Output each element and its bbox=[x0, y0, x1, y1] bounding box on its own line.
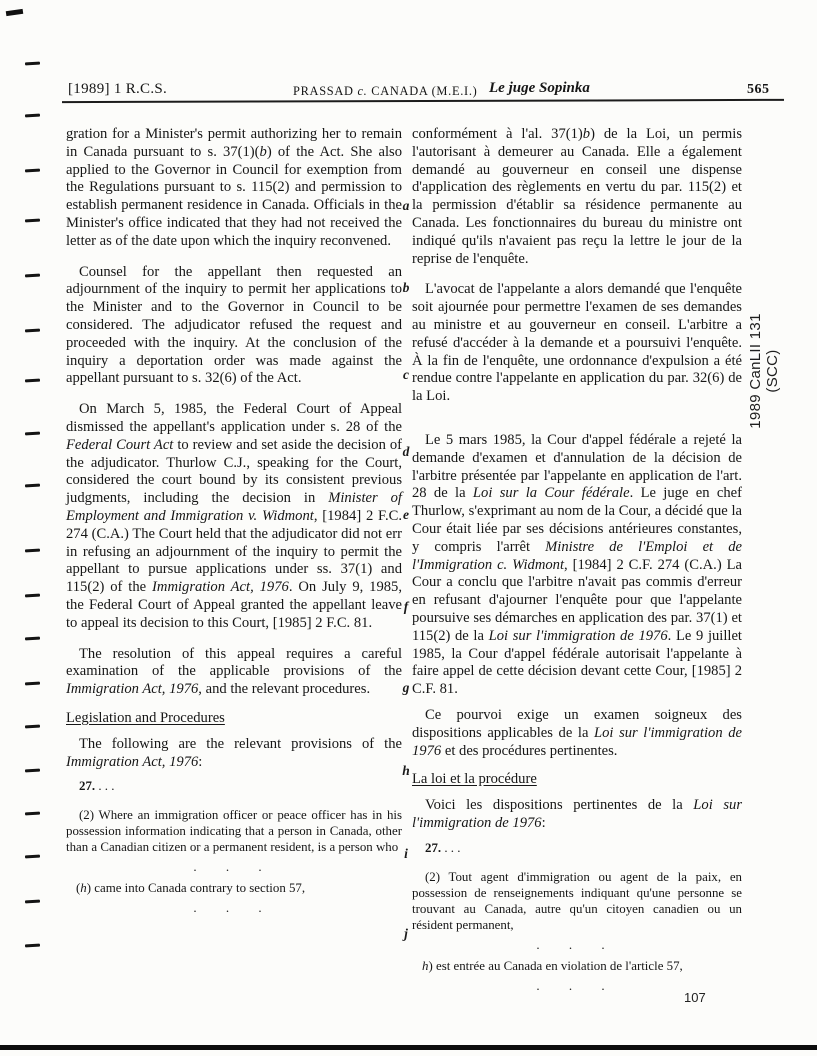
text-run: c. bbox=[357, 84, 367, 98]
margin-letter-b: b bbox=[398, 280, 414, 296]
section-heading-french: La loi et la procédure bbox=[412, 771, 742, 789]
text-run: CANADA (M.E.I.) bbox=[367, 84, 477, 98]
scan-mark bbox=[25, 769, 40, 773]
scan-mark bbox=[25, 219, 40, 223]
text-run: (2) Where an immigration officer or peac… bbox=[66, 808, 402, 854]
scan-mark bbox=[25, 725, 40, 729]
margin-letter-g: g bbox=[398, 680, 414, 696]
text-run: Immigration Act, 1976 bbox=[66, 754, 198, 770]
section-heading-english: Legislation and Procedures bbox=[66, 710, 402, 728]
french-column: conformément à l'al. 37(1)b) de la Loi, … bbox=[412, 126, 742, 994]
scan-mark bbox=[25, 812, 40, 816]
paragraph: Le 5 mars 1985, la Cour d'appel fédérale… bbox=[412, 432, 742, 699]
statute-paragraph-h: (h) came into Canada contrary to section… bbox=[66, 880, 402, 896]
text-run: (2) Tout agent d'immigration ou agent de… bbox=[412, 870, 742, 932]
scan-mark bbox=[25, 379, 40, 383]
statute-subsection-2: (2) Tout agent d'immigration ou agent de… bbox=[412, 869, 742, 933]
statute-paragraph-h: h) est entrée au Canada en violation de … bbox=[412, 958, 742, 974]
scan-mark bbox=[25, 432, 40, 436]
margin-letter-f: f bbox=[398, 599, 414, 615]
text-run: b bbox=[583, 126, 590, 142]
paragraph: The following are the relevant provision… bbox=[66, 736, 402, 772]
text-run: Loi sur la Cour fédérale bbox=[473, 485, 630, 501]
text-run: Immigration Act, 1976 bbox=[152, 579, 289, 595]
text-run: conformément à l'al. 37(1) bbox=[412, 126, 583, 142]
text-run: ) est entrée au Canada en violation de l… bbox=[428, 959, 682, 973]
statute-subsection-2: (2) Where an immigration officer or peac… bbox=[66, 807, 402, 855]
scan-mark bbox=[25, 549, 40, 553]
ellipsis-dots: . . . bbox=[66, 900, 402, 916]
text-run: Voici les dispositions pertinentes de la bbox=[425, 797, 693, 813]
paragraph: gration for a Minister's permit authoriz… bbox=[66, 126, 402, 251]
text-run: . . . bbox=[441, 841, 460, 855]
paragraph: Ce pourvoi exige un examen soigneux des … bbox=[412, 707, 742, 760]
scan-mark bbox=[25, 594, 40, 598]
case-name: PRASSAD c. CANADA (M.E.I.) bbox=[293, 84, 477, 99]
report-citation: [1989] 1 R.C.S. bbox=[68, 81, 167, 98]
text-run: Counsel for the appellant then requested… bbox=[66, 264, 402, 387]
text-run: The resolution of this appeal requires a… bbox=[66, 646, 402, 680]
text-run: Immigration Act, 1976 bbox=[66, 681, 198, 697]
scan-mark bbox=[25, 900, 40, 904]
header-rule bbox=[62, 99, 784, 103]
paragraph: L'avocat de l'appelante a alors demandé … bbox=[412, 281, 742, 406]
text-run: L'avocat de l'appelante a alors demandé … bbox=[412, 281, 742, 404]
paragraph: Voici les dispositions pertinentes de la… bbox=[412, 797, 742, 833]
margin-letter-c: c bbox=[398, 367, 414, 383]
scan-mark bbox=[25, 682, 40, 686]
scan-mark bbox=[25, 637, 40, 641]
text-run: et des procédures pertinentes. bbox=[441, 743, 617, 759]
page-bottom-edge bbox=[0, 1045, 817, 1050]
margin-letter-j: j bbox=[398, 926, 414, 942]
text-run: PRASSAD bbox=[293, 84, 357, 98]
scan-mark bbox=[25, 62, 40, 66]
scan-mark bbox=[25, 855, 40, 859]
paragraph: conformément à l'al. 37(1)b) de la Loi, … bbox=[412, 126, 742, 268]
judge-name: Le juge Sopinka bbox=[489, 80, 590, 97]
scan-mark bbox=[25, 944, 40, 948]
margin-letter-i: i bbox=[398, 846, 414, 862]
margin-letter-d: d bbox=[398, 444, 414, 460]
scan-mark bbox=[25, 484, 40, 488]
canlii-watermark: 1989 CanLII 131 (SCC) bbox=[747, 291, 781, 451]
text-run: , and the relevant procedures. bbox=[198, 681, 370, 697]
paragraph: The resolution of this appeal requires a… bbox=[66, 646, 402, 699]
english-column: gration for a Minister's permit authoriz… bbox=[66, 126, 402, 916]
folio-page-number: 107 bbox=[684, 990, 706, 1005]
page-number: 565 bbox=[747, 82, 770, 98]
scan-mark bbox=[25, 114, 40, 118]
text-run: : bbox=[198, 754, 202, 770]
scan-mark bbox=[25, 329, 40, 333]
scanned-page: [1989] 1 R.C.S. PRASSAD c. CANADA (M.E.I… bbox=[0, 0, 817, 1056]
text-run: On March 5, 1985, the Federal Court of A… bbox=[66, 401, 402, 435]
text-run: Loi sur l'immigration de 1976 bbox=[489, 628, 668, 644]
text-run: : bbox=[542, 815, 546, 831]
statute-section-27: 27. . . . bbox=[66, 778, 402, 794]
paragraph: Counsel for the appellant then requested… bbox=[66, 264, 402, 389]
text-run: 27. bbox=[425, 841, 441, 855]
ellipsis-dots: . . . bbox=[66, 859, 402, 875]
ellipsis-dots: . . . bbox=[412, 937, 742, 953]
text-run: . . . bbox=[95, 779, 114, 793]
text-run: 27. bbox=[79, 779, 95, 793]
margin-letter-a: a bbox=[398, 198, 414, 214]
scan-mark bbox=[6, 9, 24, 16]
text-run: b bbox=[260, 144, 267, 160]
text-run: ) de la Loi, un permis l'autorisant à de… bbox=[412, 126, 742, 267]
paragraph: On March 5, 1985, the Federal Court of A… bbox=[66, 401, 402, 632]
margin-letter-e: e bbox=[398, 507, 414, 523]
scan-mark bbox=[25, 274, 40, 278]
text-run: The following are the relevant provision… bbox=[79, 736, 402, 752]
margin-letter-h: h bbox=[398, 763, 414, 779]
statute-section-27: 27. . . . bbox=[412, 840, 742, 856]
text-run: Federal Court Act bbox=[66, 437, 173, 453]
text-run: ) came into Canada contrary to section 5… bbox=[87, 881, 305, 895]
scan-mark bbox=[25, 169, 40, 173]
